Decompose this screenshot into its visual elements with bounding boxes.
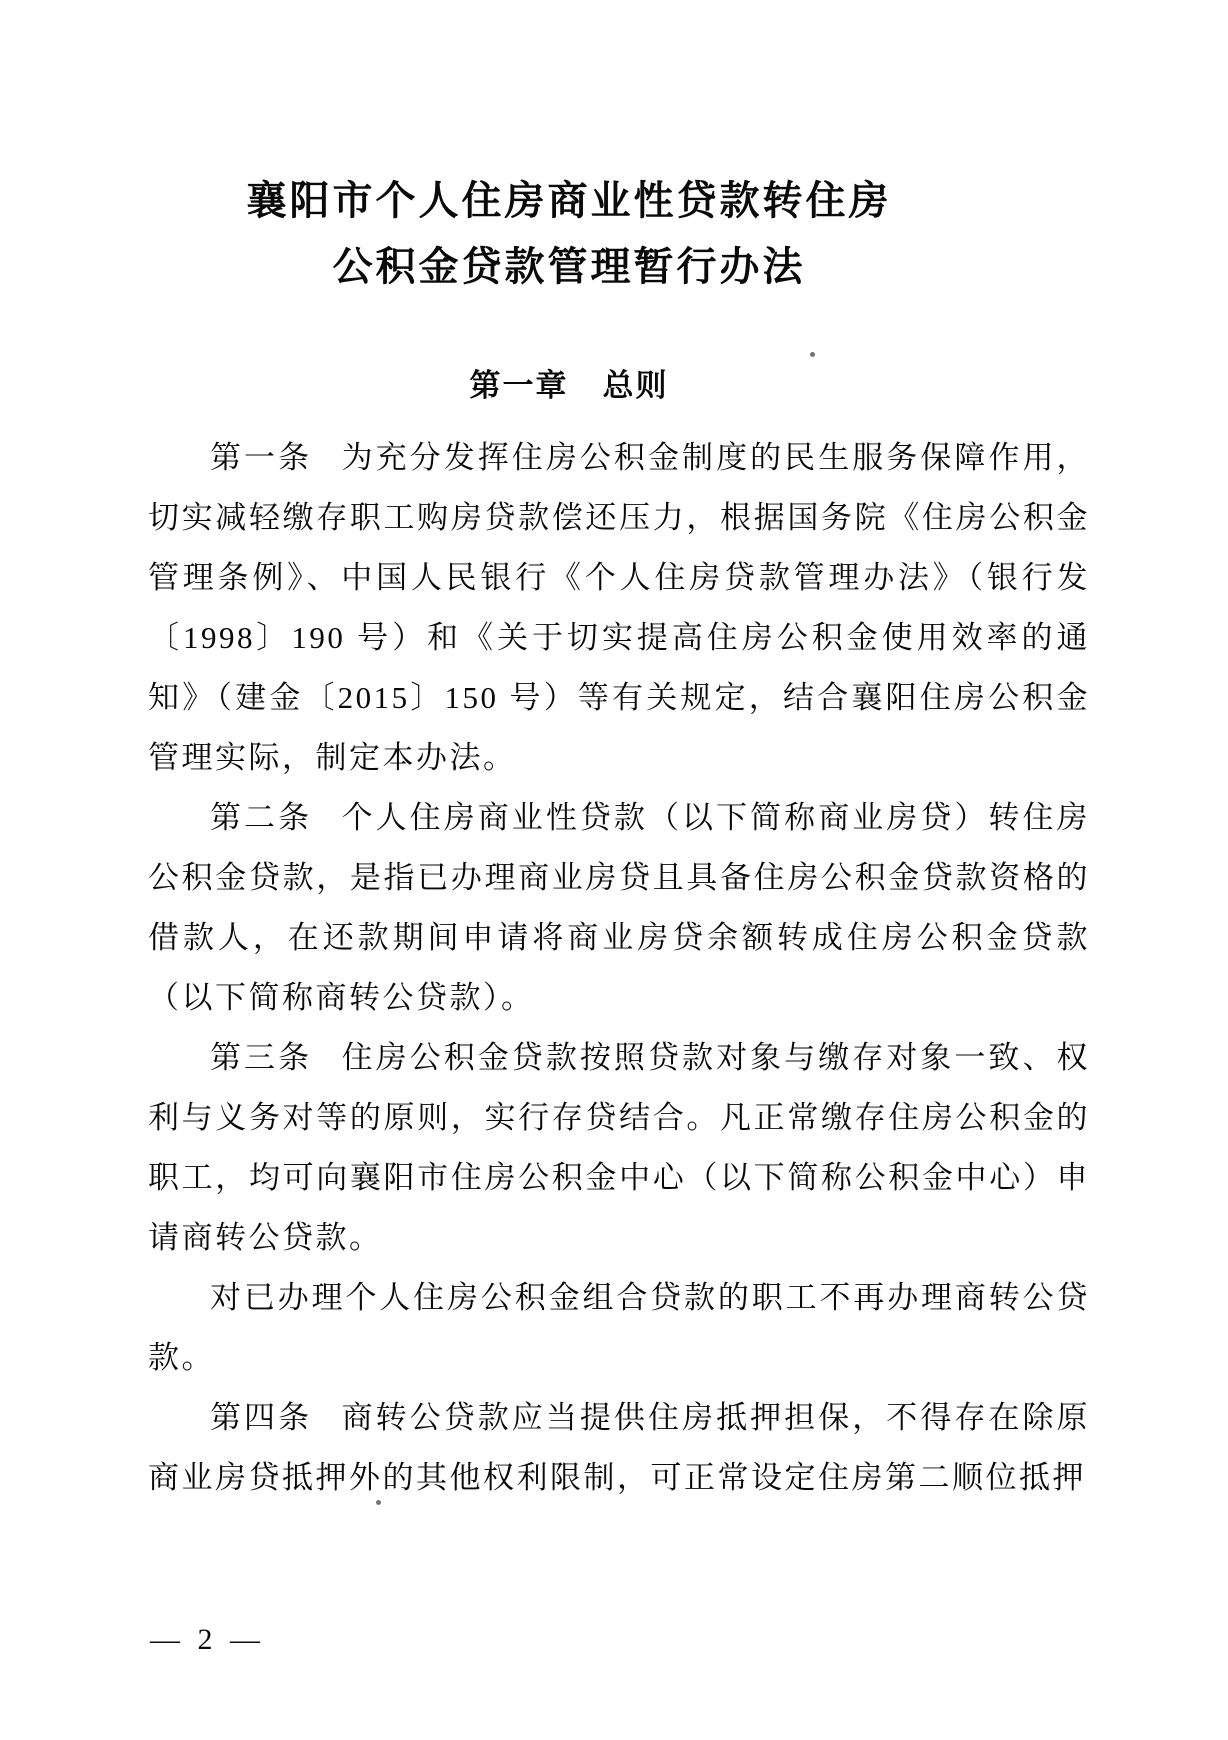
document-page: 襄阳市个人住房商业性贷款转住房 公积金贷款管理暂行办法 第一章总则 第一条为充分… bbox=[0, 0, 1228, 1740]
supplement-text: 对已办理个人住房公积金组合贷款的职工不再办理商转公贷款。 bbox=[148, 1280, 1090, 1375]
document-title: 襄阳市个人住房商业性贷款转住房 公积金贷款管理暂行办法 bbox=[148, 168, 990, 300]
paragraph-supplement: 对已办理个人住房公积金组合贷款的职工不再办理商转公贷款。 bbox=[148, 1268, 1090, 1388]
paragraph-article-4: 第四条商转公贷款应当提供住房抵押担保，不得存在除原商业房贷抵押外的其他权利限制，… bbox=[148, 1388, 1090, 1508]
chapter-name: 总则 bbox=[603, 368, 669, 403]
article-2-label: 第二条 bbox=[210, 800, 312, 835]
document-body: 第一条为充分发挥住房公积金制度的民生服务保障作用，切实减轻缴存职工购房贷款偿还压… bbox=[148, 428, 1090, 1508]
chapter-heading: 第一章总则 bbox=[148, 366, 990, 406]
page-number: — 2 — bbox=[150, 1623, 265, 1657]
paragraph-article-2: 第二条个人住房商业性贷款（以下简称商业房贷）转住房公积金贷款，是指已办理商业房贷… bbox=[148, 788, 1090, 1028]
article-1-label: 第一条 bbox=[210, 440, 312, 475]
scan-speck bbox=[810, 352, 815, 357]
chapter-label: 第一章 bbox=[469, 368, 568, 403]
article-1-text: 为充分发挥住房公积金制度的民生服务保障作用，切实减轻缴存职工购房贷款偿还压力，根… bbox=[148, 440, 1090, 775]
document-title-line-1: 襄阳市个人住房商业性贷款转住房 bbox=[148, 168, 990, 234]
document-title-line-2: 公积金贷款管理暂行办法 bbox=[148, 234, 990, 300]
paragraph-article-3: 第三条住房公积金贷款按照贷款对象与缴存对象一致、权利与义务对等的原则，实行存贷结… bbox=[148, 1028, 1090, 1268]
article-4-label: 第四条 bbox=[210, 1400, 312, 1435]
article-3-label: 第三条 bbox=[210, 1040, 312, 1075]
scan-speck bbox=[376, 1500, 381, 1505]
paragraph-article-1: 第一条为充分发挥住房公积金制度的民生服务保障作用，切实减轻缴存职工购房贷款偿还压… bbox=[148, 428, 1090, 788]
